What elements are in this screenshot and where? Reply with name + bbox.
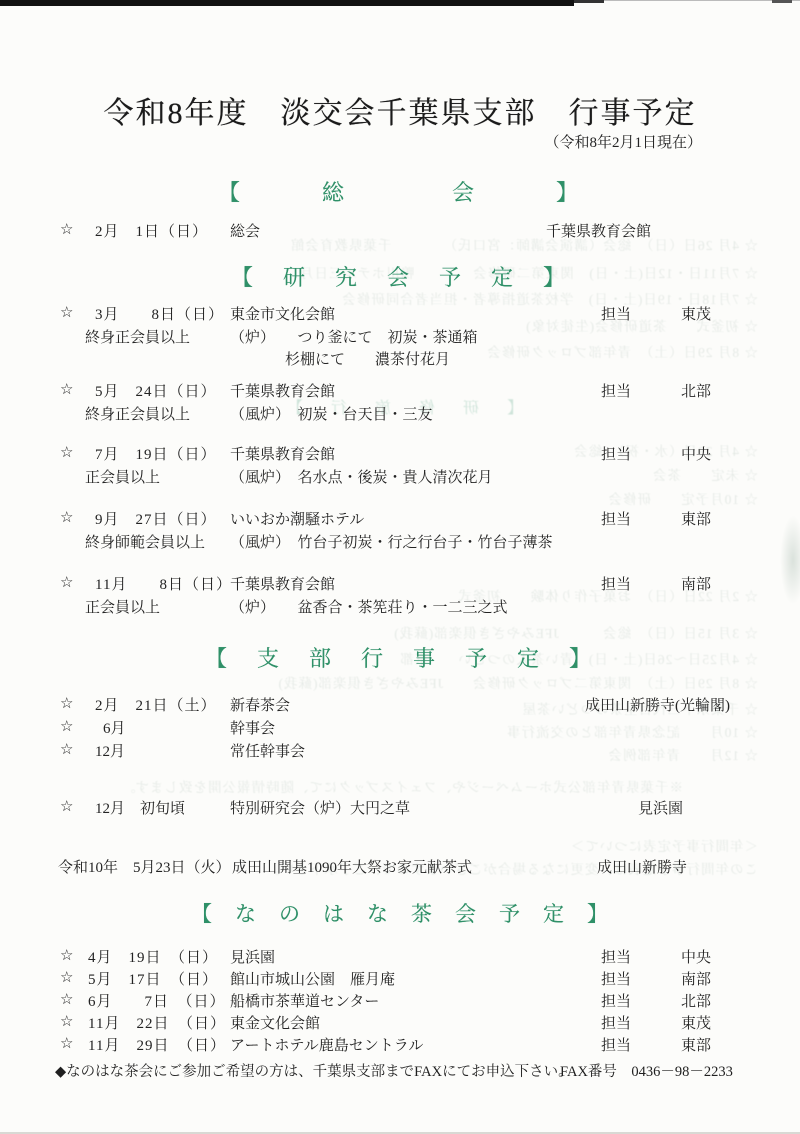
duty-region: 東茂 [681, 303, 711, 324]
section-header-kenkyukai: 【 研 究 会 予 定 】 [0, 261, 800, 292]
event-venue: いいおか潮騒ホテル [230, 508, 364, 529]
event-detail-row: 正会員以上 （炉） 盆香合・茶筅荘り・一二三之式 [0, 596, 800, 618]
event-venue: 見浜園 [638, 797, 683, 818]
event-venue: 成田山新勝寺 [597, 856, 687, 877]
scan-artifact-top-right-mark [772, 0, 792, 3]
event-row: ☆ 11月 29日 （日） アートホテル鹿島セントラル 担当 東部 [0, 1034, 800, 1056]
event-date: 12月 [95, 740, 125, 761]
bleed-through-text: ☆ 8月 29日（土） 関東第二ブロック研修会 JFEみやざき倶楽部(蘇我) [46, 672, 758, 692]
duty-label: 担当 [601, 1012, 631, 1033]
event-detail-row: 杉棚にて 濃茶付花月 [0, 348, 800, 370]
event-title: 総会 [230, 220, 260, 241]
duty-label: 担当 [601, 573, 631, 594]
event-date: 2月 1日（日） [95, 220, 208, 241]
event-row: ☆ 11月 22日 （日） 東金文化会館 担当 東茂 [0, 1012, 800, 1034]
duty-label: 担当 [601, 508, 631, 529]
duty-label: 担当 [601, 990, 631, 1011]
event-date: 11月 29日 （日） [88, 1034, 226, 1055]
document-date-note: （令和8年2月1日現在） [0, 131, 702, 152]
star-icon: ☆ [60, 740, 73, 759]
footer-note: ◆なのはな茶会にご参加ご希望の方は、千葉県支部までFAXにてお申込下さい。 [55, 1060, 573, 1081]
duty-region: 中央 [681, 946, 711, 967]
footer-fax-number: FAX番号 0436－98－2233 [560, 1060, 733, 1081]
event-detail: （風炉） 名水点・後炭・貴人清次花月 [230, 466, 493, 487]
event-detail: （風炉） 竹台子初炭・行之行台子・竹台子薄茶 [230, 531, 553, 552]
star-icon: ☆ [60, 220, 73, 239]
event-venue: 千葉県教育会館 [230, 573, 335, 594]
duty-region: 南部 [681, 968, 711, 989]
star-icon: ☆ [60, 946, 73, 965]
event-detail: 杉棚にて 濃茶付花月 [285, 348, 450, 369]
bleed-through-text: ☆ 3月 15日（日） 総会 JFEみやざき倶楽部(蘇我) [46, 622, 758, 642]
event-date: 5月 24日（日） [95, 380, 217, 401]
event-venue: 千葉県教育会館 [230, 443, 335, 464]
event-row: ☆ 2月 21日（土） 新春茶会 成田山新勝寺(光輪閣) [0, 694, 800, 716]
event-date: 2月 21日（土） [95, 694, 217, 715]
section-header-shibu: 【 支 部 行 事 予 定 】 [0, 642, 800, 673]
event-detail: （炉） つり釜にて 初炭・茶通箱 [230, 326, 478, 347]
star-icon: ☆ [60, 797, 73, 816]
duty-region: 中央 [681, 443, 711, 464]
star-icon: ☆ [60, 1012, 73, 1031]
event-date: 11月 8日（日） [95, 573, 232, 594]
bleed-through-text: ☆ 10月予定 研修会 [46, 488, 758, 508]
duty-region: 北部 [681, 380, 711, 401]
event-detail-row: 終身正会員以上 （炉） つり釜にて 初炭・茶通箱 [0, 326, 800, 348]
event-row: ☆ 5月 17日 （日） 館山市城山公園 雁月庵 担当 南部 [0, 968, 800, 990]
event-row: ☆ 2月 1日（日） 総会 千葉県教育会館 [0, 220, 800, 242]
event-row: ☆ 12月 初旬頃 特別研究会（炉）大円之草 見浜園 [0, 797, 800, 819]
event-row: 令和10年 5月23日（火） 成田山開基1090年大祭お家元献茶式 成田山新勝寺 [0, 856, 800, 878]
event-date: 令和10年 5月23日（火） [58, 856, 231, 877]
duty-label: 担当 [601, 1034, 631, 1055]
event-title: 幹事会 [230, 717, 275, 738]
event-row: ☆ 6月 7日 （日） 船橋市茶華道センター 担当 北部 [0, 990, 800, 1012]
event-venue: 東金市文化会館 [230, 303, 335, 324]
event-title: 新春茶会 [230, 694, 290, 715]
eligibility-label: 終身師範会員以上 [85, 531, 205, 552]
event-row: ☆ 11月 8日（日） 千葉県教育会館 担当 南部 [0, 573, 800, 595]
event-title: 特別研究会（炉）大円之草 [230, 797, 410, 818]
event-detail: （風炉） 初炭・台天目・三友 [230, 403, 433, 424]
event-date: 3月 8日（日） [95, 303, 224, 324]
event-detail-row: 終身師範会員以上 （風炉） 竹台子初炭・行之行台子・竹台子薄茶 [0, 531, 800, 553]
event-venue: 成田山新勝寺(光輪閣) [585, 694, 730, 715]
event-venue: 千葉県教育会館 [230, 380, 335, 401]
star-icon: ☆ [60, 443, 73, 462]
eligibility-label: 終身正会員以上 [85, 326, 190, 347]
event-venue: 見浜園 [230, 946, 275, 967]
scan-artifact-top-bar-end [574, 0, 604, 3]
eligibility-label: 正会員以上 [85, 596, 160, 617]
event-venue: 東金文化会館 [230, 1012, 320, 1033]
event-date: 7月 19日（日） [95, 443, 217, 464]
event-date: 6月 [103, 717, 126, 738]
star-icon: ☆ [60, 990, 73, 1009]
event-title: 成田山開基1090年大祭お家元献茶式 [232, 856, 472, 877]
event-venue: アートホテル鹿島セントラル [230, 1034, 423, 1055]
duty-region: 東部 [681, 1034, 711, 1055]
event-row: ☆ 6月 幹事会 [0, 717, 800, 739]
star-icon: ☆ [60, 717, 73, 736]
event-row: ☆ 3月 8日（日） 東金市文化会館 担当 東茂 [0, 303, 800, 325]
duty-region: 北部 [681, 990, 711, 1011]
event-date: 4月 19日 （日） [88, 946, 218, 967]
event-row: ☆ 4月 19日 （日） 見浜園 担当 中央 [0, 946, 800, 968]
star-icon: ☆ [60, 694, 73, 713]
star-icon: ☆ [60, 968, 73, 987]
bleed-through-text: ※千葉県青年部公式ホームページや、フェイスブックにて、随時情報公開を致します。 [46, 776, 758, 796]
star-icon: ☆ [60, 508, 73, 527]
star-icon: ☆ [60, 573, 73, 592]
duty-region: 東部 [681, 508, 711, 529]
event-date: 9月 27日（日） [95, 508, 217, 529]
duty-label: 担当 [601, 968, 631, 989]
event-row: ☆ 7月 19日（日） 千葉県教育会館 担当 中央 [0, 443, 800, 465]
event-row: ☆ 5月 24日（日） 千葉県教育会館 担当 北部 [0, 380, 800, 402]
document-title: 令和8年度 淡交会千葉県支部 行事予定 [0, 88, 800, 132]
duty-label: 担当 [601, 443, 631, 464]
eligibility-label: 終身正会員以上 [85, 403, 190, 424]
section-header-soukai: 【 総 会 】 [0, 176, 800, 207]
event-date: 12月 初旬頃 [95, 797, 185, 818]
duty-label: 担当 [601, 946, 631, 967]
event-row: ☆ 9月 27日（日） いいおか潮騒ホテル 担当 東部 [0, 508, 800, 530]
event-venue: 千葉県教育会館 [546, 220, 651, 241]
event-row: ☆ 12月 常任幹事会 [0, 740, 800, 762]
event-detail-row: 終身正会員以上 （風炉） 初炭・台天目・三友 [0, 403, 800, 425]
event-venue: 船橋市茶華道センター [230, 990, 379, 1011]
star-icon: ☆ [60, 303, 73, 322]
scan-artifact-top-bar [0, 0, 574, 6]
event-title: 常任幹事会 [230, 740, 305, 761]
star-icon: ☆ [60, 380, 73, 399]
event-date: 5月 17日 （日） [88, 968, 218, 989]
event-date: 11月 22日 （日） [88, 1012, 226, 1033]
event-detail-row: 正会員以上 （風炉） 名水点・後炭・貴人清次花月 [0, 466, 800, 488]
bleed-through-text: ＜年間行事予定表について＞ [46, 835, 758, 855]
event-detail: （炉） 盆香合・茶筅荘り・一二三之式 [230, 596, 508, 617]
star-icon: ☆ [60, 1034, 73, 1053]
section-header-nanohana: 【 な の は な 茶 会 予 定 】 [0, 898, 800, 928]
duty-label: 担当 [601, 380, 631, 401]
event-venue: 館山市城山公園 雁月庵 [230, 968, 395, 989]
duty-region: 南部 [681, 573, 711, 594]
eligibility-label: 正会員以上 [85, 466, 160, 487]
scanned-document-page: ☆ 4月 26日（日） 総会（講演会講師：宮口氏） 千葉県教育会館 ☆ 7月11… [0, 0, 800, 1134]
duty-region: 東茂 [681, 1012, 711, 1033]
event-date: 6月 7日 （日） [88, 990, 226, 1011]
duty-label: 担当 [601, 303, 631, 324]
